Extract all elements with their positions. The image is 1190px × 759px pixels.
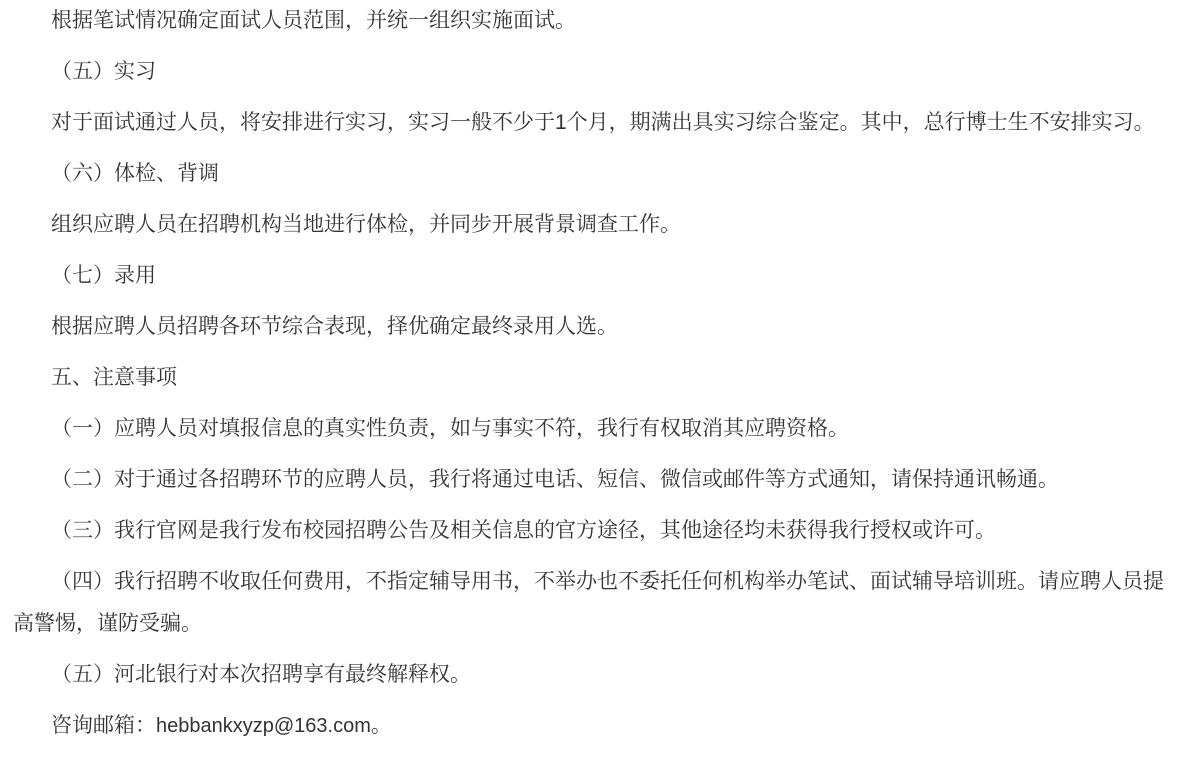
paragraph-note-5: （五）河北银行对本次招聘享有最终解释权。	[13, 654, 1177, 696]
subheading-physical-exam-background-check: （六）体检、背调	[13, 153, 1177, 195]
subheading-employment: （七）录用	[13, 255, 1177, 297]
contact-email-label: 咨询邮箱：	[51, 714, 156, 737]
paragraph-note-1: （一）应聘人员对填报信息的真实性负责，如与事实不符，我行有权取消其应聘资格。	[13, 408, 1177, 450]
paragraph-physical-exam-detail: 组织应聘人员在招聘机构当地进行体检，并同步开展背景调查工作。	[13, 204, 1177, 246]
recruitment-notice-article: 根据笔试情况确定面试人员范围，并统一组织实施面试。 （五）实习 对于面试通过人员…	[0, 0, 1190, 747]
paragraph-note-4: （四）我行招聘不收取任何费用，不指定辅导用书，不举办也不委托任何机构举办笔试、面…	[13, 561, 1177, 645]
paragraph-internship-detail: 对于面试通过人员，将安排进行实习，实习一般不少于1个月，期满出具实习综合鉴定。其…	[13, 102, 1177, 144]
paragraph-employment-detail: 根据应聘人员招聘各环节综合表现，择优确定最终录用人选。	[13, 306, 1177, 348]
paragraph-note-2: （二）对于通过各招聘环节的应聘人员，我行将通过电话、短信、微信或邮件等方式通知，…	[13, 459, 1177, 501]
contact-line: 咨询邮箱：hebbankxyzp@163.com。	[13, 705, 1177, 747]
paragraph-note-3: （三）我行官网是我行发布校园招聘公告及相关信息的官方途径，其他途径均未获得我行授…	[13, 510, 1177, 552]
contact-email: hebbankxyzp@163.com	[156, 715, 371, 737]
paragraph-interview-organization: 根据笔试情况确定面试人员范围，并统一组织实施面试。	[13, 0, 1177, 42]
subheading-internship: （五）实习	[13, 51, 1177, 93]
contact-line-period: 。	[371, 714, 392, 737]
section-heading-notes: 五、注意事项	[13, 357, 1177, 399]
